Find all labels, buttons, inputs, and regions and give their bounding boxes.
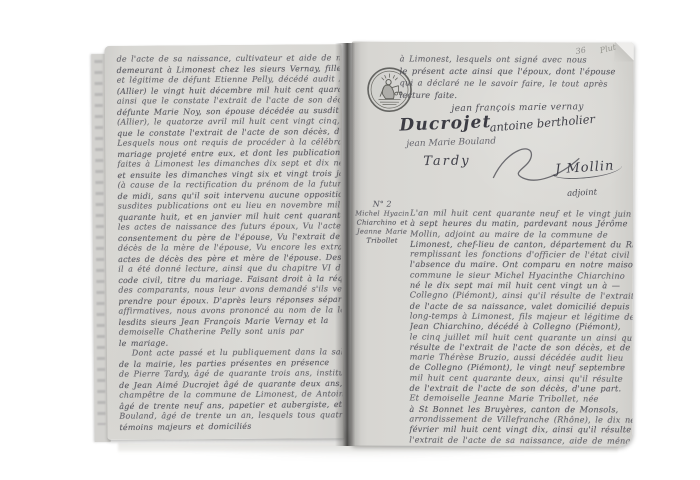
manuscript-line: qui a déclaré ne le savoir faire, le tou… [400, 76, 634, 89]
manuscript-line: témoins majeurs et domiciliés [119, 420, 342, 433]
show-through-marks [94, 60, 105, 425]
signature-tardy: Tardy [423, 154, 471, 170]
signature-ducrojet: Ducrojet [399, 112, 492, 136]
right-page: 36 Plut à Limonest, lesquels on [350, 42, 633, 447]
manuscript-line: Mollin, adjoint au maire de la commune d… [410, 228, 634, 240]
official-title: adjoint [567, 188, 597, 199]
margin-note-names: Michel HyacintheChiarchino etJeanne Mari… [355, 210, 409, 246]
manuscript-line: Chiarchino et [355, 219, 409, 228]
manuscript-line: Michel Hyacinthe [355, 209, 409, 218]
act-number: N° 2 [355, 200, 409, 209]
manuscript-line: le cinq juillet mil huit cent quarante u… [410, 331, 634, 343]
manuscript-line: à sept heures du matin, pardevant nous J… [410, 218, 634, 229]
manuscript-line: de Collegno (Piémont), le vingt neuf sep… [410, 362, 634, 373]
manuscript-line: de l'acte de sa naissance, valet domicil… [410, 301, 634, 312]
register-scan: de l'acte de sa naissance, cultivateur e… [0, 0, 700, 480]
manuscript-line: à Limonest, lesquels ont signé avec nous [400, 52, 634, 65]
closing-clause-text: à Limonest, lesquels ont signé avec nous… [399, 53, 633, 102]
act-body-text: L'an mil huit cent quarante neuf et le v… [409, 208, 633, 446]
signature-bouland: jean Marie Bouland [406, 136, 496, 149]
margin-note: N° 2 Michel HyacintheChiarchino etJeanne… [355, 200, 409, 246]
left-page-text: de l'acte de sa naissance, cultivateur e… [117, 53, 343, 438]
manuscript-line: Collegno (Piémont), ainsi qu'il résulte … [410, 290, 634, 302]
manuscript-line: Jean Chiarchino, décédé à Collegno (Piém… [410, 321, 634, 332]
manuscript-line: Tribollet [355, 237, 409, 246]
manuscript-line: l'extrait de l'acte de sa naissance, aid… [409, 434, 633, 446]
manuscript-line: lecture faite. [400, 89, 634, 101]
manuscript-line: le présent acte ainsi que l'époux, dont … [400, 65, 634, 77]
manuscript-line: à St Bonnet les Bruyères, canton de Mons… [409, 404, 633, 415]
signature-mollin: J Mollin [551, 158, 623, 181]
left-page: de l'acte de sa naissance, cultivateur e… [104, 44, 344, 440]
manuscript-line: l'absence du maire. Ont comparu en notre… [410, 259, 634, 270]
manuscript-line: Et demoiselle Jeanne Marie Tribollet, né… [409, 393, 633, 405]
manuscript-line: Jeanne Marie [355, 227, 409, 236]
signature-bertholier: antoine bertholier [489, 112, 595, 135]
manuscript-line: février mil huit cent vingt dix, ainsi q… [409, 424, 633, 435]
